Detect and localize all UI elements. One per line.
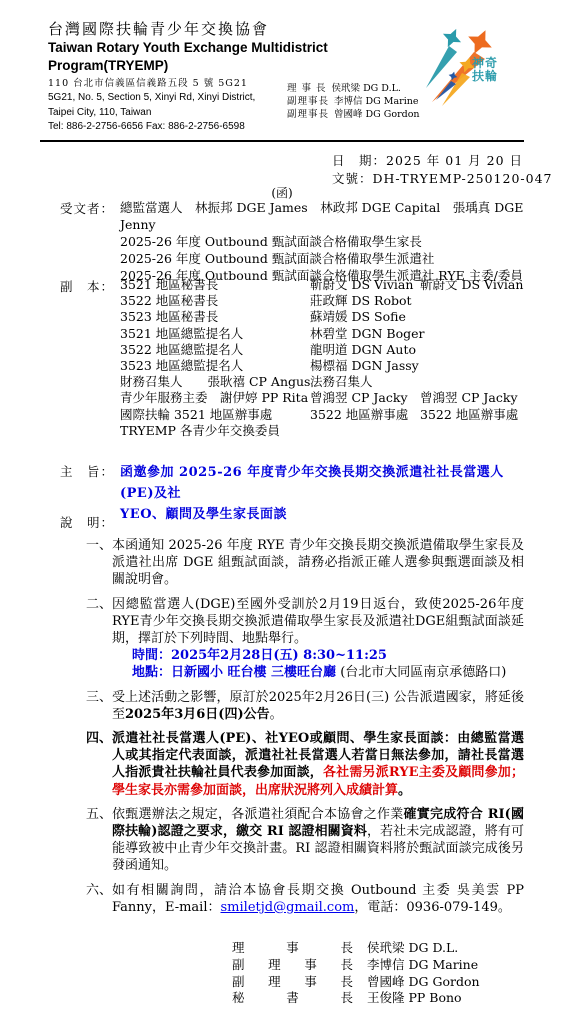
cc-rows: 3521 地區秘書長 靳蔚文 DS Vivian 靳蔚文 DS Vivian 3… xyxy=(120,277,530,439)
explanation-item-4: 四、 派遣社社長當選人(PE)、社YEO或顧問、學生家長面談：由總監當選人或其指… xyxy=(86,730,524,799)
signature-name: 李博信 DG Marine xyxy=(367,957,478,974)
item-text: 如有相關詢問，請洽本協會長期交換 Outbound 主委 吳美雲 PP Fann… xyxy=(112,882,524,916)
cc-row: 國際扶輪 3521 地區辦事處 3522 地區辦事處 3522 地區辦事處 xyxy=(120,407,530,423)
cc-row: 3523 地區總監提名人 楊標福 DGN Jassy xyxy=(120,358,530,374)
item-4-end: 。 xyxy=(398,783,411,798)
cc-cell-name: 蘇靖媛 DS Sofie xyxy=(310,309,420,325)
teal-star-icon xyxy=(439,25,466,52)
cc-cell-title: 財務召集人 張耿禧 CP Angus xyxy=(120,374,310,390)
cc-cell-extra: 3522 地區辦事處 xyxy=(420,407,530,423)
item-number: 五、 xyxy=(86,806,112,875)
cc-cell-extra: 曾鴻翌 CP Jacky xyxy=(420,390,530,406)
cc-label: 副 本： xyxy=(60,277,114,295)
recipient-line: 2025-26 年度 Outbound 甄試面談合格備取學生派遣社 xyxy=(120,250,530,267)
cc-cell-extra: 靳蔚文 DS Vivian xyxy=(420,277,530,293)
meeting-place-note: (台北市大同區南京承德路口) xyxy=(336,665,506,680)
item-text: 本函通知 2025-26 年度 RYE 青少年交換長期交換派遣備取學生家長及派遣… xyxy=(112,537,524,589)
cc-cell-name: 曾鴻翌 CP Jacky xyxy=(310,390,420,406)
item-text: 因總監當選人(DGE)至國外受訓於2月19日返台，致使2025-26年度RYE青… xyxy=(112,596,524,682)
signature-row: 理 事 長 侯玳梁 DG D.L. xyxy=(232,940,480,957)
item-6-plain-2: ，電話：0936-079-149。 xyxy=(354,900,511,915)
subject-line-2: YEO、顧問及學生家長面談 xyxy=(120,504,530,525)
signature-name: 侯玳梁 DG D.L. xyxy=(367,940,458,957)
explanation-item-3: 三、 受上述活動之影響，原訂於2025年2月26日(三) 公告派遣國家，將延後至… xyxy=(86,689,524,723)
cc-cell-title: 3523 地區總監提名人 xyxy=(120,358,310,374)
cc-cell-extra xyxy=(420,358,530,374)
subject-text: 函邀參加 2025-26 年度青少年交換長期交換派遣社社長當選人(PE)及社 Y… xyxy=(120,462,530,525)
cc-cell-extra xyxy=(420,342,530,358)
item-text: 受上述活動之影響，原訂於2025年2月26日(三) 公告派遣國家，將延後至202… xyxy=(112,689,524,723)
cc-row: 3522 地區總監提名人 龍明道 DGN Auto xyxy=(120,342,530,358)
officer-row: 理 事 長 侯玳梁 DG D.L. xyxy=(287,82,447,95)
cc-row: 青少年服務主委 謝伊婷 PP Rita 曾鴻翌 CP Jacky 曾鴻翌 CP … xyxy=(120,390,530,406)
signature-title: 理 事 長 xyxy=(232,940,354,957)
cc-cell-title: 3521 地區秘書長 xyxy=(120,277,310,293)
cc-cell-name: 林碧堂 DGN Boger xyxy=(310,326,420,342)
cc-cell-name: 法務召集人 xyxy=(310,374,420,390)
rotary-logo: 神奇 扶輪 xyxy=(424,24,524,119)
cc-cell-extra xyxy=(420,423,530,439)
cc-cell-name: 靳蔚文 DS Vivian xyxy=(310,277,420,293)
org-name-en: Taiwan Rotary Youth Exchange Multidistri… xyxy=(48,39,428,75)
officer-list: 理 事 長 侯玳梁 DG D.L. 副理事長 李博信 DG Marine 副理事… xyxy=(287,82,447,121)
signature-row: 秘 書 長 王俊隆 PP Bono xyxy=(232,990,480,1007)
signature-name: 曾國峰 DG Gordon xyxy=(367,974,480,991)
signature-row: 副 理 事 長 李博信 DG Marine xyxy=(232,957,480,974)
recipient-lines: 總監當選人 林振邦 DGE James 林政邦 DGE Capital 張瑀真 … xyxy=(120,199,530,284)
officer-row: 副理事長 李博信 DG Marine xyxy=(287,95,447,108)
doc-meta: 日 期：2025 年 01 月 20 日 文號：DH-TRYEMP-250120… xyxy=(332,152,553,187)
cc-cell-extra xyxy=(420,374,530,390)
subject-label: 主 旨： xyxy=(60,462,114,480)
item-3-bold: 2025年3月6日(四)公告 xyxy=(125,707,270,722)
subject-section: 主 旨： 函邀參加 2025-26 年度青少年交換長期交換派遣社社長當選人(PE… xyxy=(60,462,530,525)
officer-title: 副理事長 xyxy=(287,108,329,121)
cc-cell-extra xyxy=(420,293,530,309)
recipient-label: 受文者： xyxy=(60,199,114,217)
cc-cell-name xyxy=(310,423,420,439)
officer-name: 侯玳梁 DG D.L. xyxy=(332,82,401,95)
explanation-item-5: 五、 依甄選辦法之規定，各派遣社須配合本協會之作業確實完成符合 RI(國際扶輪)… xyxy=(86,806,524,875)
cc-cell-name: 楊標福 DGN Jassy xyxy=(310,358,420,374)
item-3-end: 。 xyxy=(270,707,283,722)
explanation-item-1: 一、 本函通知 2025-26 年度 RYE 青少年交換長期交換派遣備取學生家長… xyxy=(86,537,524,589)
subject-line-1: 函邀參加 2025-26 年度青少年交換長期交換派遣社社長當選人(PE)及社 xyxy=(120,462,530,504)
item-text: 派遣社社長當選人(PE)、社YEO或顧問、學生家長面談：由總監當選人或其指定代表… xyxy=(112,730,524,799)
cc-cell-title: 3522 地區總監提名人 xyxy=(120,342,310,358)
signature-title: 副 理 事 長 xyxy=(232,957,354,974)
explanation-item-6: 六、 如有相關詢問，請洽本協會長期交換 Outbound 主委 吳美雲 PP F… xyxy=(86,882,524,916)
cc-cell-name: 莊政輝 DS Robot xyxy=(310,293,420,309)
cc-cell-extra xyxy=(420,326,530,342)
cc-cell-title: 3522 地區秘書長 xyxy=(120,293,310,309)
item-2-text: 因總監當選人(DGE)至國外受訓於2月19日返台，致使2025-26年度RYE青… xyxy=(112,597,524,646)
officer-name: 李博信 DG Marine xyxy=(334,95,418,108)
explanation-items: 一、 本函通知 2025-26 年度 RYE 青少年交換長期交換派遣備取學生家長… xyxy=(86,537,524,923)
cc-row: 財務召集人 張耿禧 CP Angus 法務召集人 xyxy=(120,374,530,390)
officer-title: 副理事長 xyxy=(287,95,329,108)
item-text: 依甄選辦法之規定，各派遣社須配合本協會之作業確實完成符合 RI(國際扶輪)認證之… xyxy=(112,806,524,875)
cc-cell-title: 國際扶輪 3521 地區辦事處 xyxy=(120,407,310,423)
item-number: 六、 xyxy=(86,882,112,916)
signature-title: 副 理 事 長 xyxy=(232,974,354,991)
cc-cell-title: 3521 地區總監提名人 xyxy=(120,326,310,342)
explanation-item-2: 二、 因總監當選人(DGE)至國外受訓於2月19日返台，致使2025-26年度R… xyxy=(86,596,524,682)
cc-section: 副 本： 3521 地區秘書長 靳蔚文 DS Vivian 靳蔚文 DS Viv… xyxy=(60,277,530,439)
logo-text-line2: 扶輪 xyxy=(472,70,498,83)
meeting-place: 地點：日新國小 旺台樓 三樓旺台廳 (台北市大同區南京承德路口) xyxy=(132,664,524,681)
officer-row: 副理事長 曾國峰 DG Gordon xyxy=(287,108,447,121)
cc-cell-name: 3522 地區辦事處 xyxy=(310,407,420,423)
cc-row: 3521 地區秘書長 靳蔚文 DS Vivian 靳蔚文 DS Vivian xyxy=(120,277,530,293)
email-link[interactable]: smiletjd@gmail.com xyxy=(221,900,355,915)
cc-row: 3521 地區總監提名人 林碧堂 DGN Boger xyxy=(120,326,530,342)
cc-row: TRYEMP 各青少年交換委員 xyxy=(120,423,530,439)
officer-title: 理 事 長 xyxy=(287,82,327,95)
cc-cell-title: TRYEMP 各青少年交換委員 xyxy=(120,423,310,439)
org-telfax: Tel: 886-2-2756-6656 Fax: 886-2-2756-659… xyxy=(48,120,428,135)
item-5-plain: 依甄選辦法之規定，各派遣社須配合本協會之作業 xyxy=(112,807,403,822)
document-page: 台灣國際扶輪青少年交換協會 Taiwan Rotary Youth Exchan… xyxy=(0,0,563,1030)
meeting-time: 時間：2025年2月28日(五) 8:30~11:25 xyxy=(132,647,524,664)
orange-star-icon xyxy=(463,25,498,60)
item-number: 四、 xyxy=(86,730,112,799)
cc-cell-extra xyxy=(420,309,530,325)
signature-name: 王俊隆 PP Bono xyxy=(367,990,462,1007)
item-number: 一、 xyxy=(86,537,112,589)
signature-block: 理 事 長 侯玳梁 DG D.L. 副 理 事 長 李博信 DG Marine … xyxy=(232,940,480,1007)
cc-cell-title: 青少年服務主委 謝伊婷 PP Rita xyxy=(120,390,310,406)
cc-row: 3522 地區秘書長 莊政輝 DS Robot xyxy=(120,293,530,309)
meeting-place-name: 地點：日新國小 旺台樓 三樓旺台廳 xyxy=(132,665,336,680)
explanation-label: 說 明： xyxy=(60,513,114,531)
recipient-line: 2025-26 年度 Outbound 甄試面談合格備取學生家長 xyxy=(120,233,530,250)
org-name-zh: 台灣國際扶輪青少年交換協會 xyxy=(48,20,428,39)
recipient-line: 總監當選人 林振邦 DGE James 林政邦 DGE Capital 張瑀真 … xyxy=(120,199,530,233)
doc-date: 日 期：2025 年 01 月 20 日 xyxy=(332,152,553,170)
signature-row: 副 理 事 長 曾國峰 DG Gordon xyxy=(232,974,480,991)
signature-title: 秘 書 長 xyxy=(232,990,354,1007)
officer-name: 曾國峰 DG Gordon xyxy=(334,108,420,121)
cc-row: 3523 地區秘書長 蘇靖媛 DS Sofie xyxy=(120,309,530,325)
header-divider xyxy=(40,140,524,142)
item-number: 二、 xyxy=(86,596,112,682)
recipient-section: 受文者： 總監當選人 林振邦 DGE James 林政邦 DGE Capital… xyxy=(60,199,530,284)
cc-cell-title: 3523 地區秘書長 xyxy=(120,309,310,325)
logo-text: 神奇 扶輪 xyxy=(472,57,498,83)
item-number: 三、 xyxy=(86,689,112,723)
cc-cell-name: 龍明道 DGN Auto xyxy=(310,342,420,358)
